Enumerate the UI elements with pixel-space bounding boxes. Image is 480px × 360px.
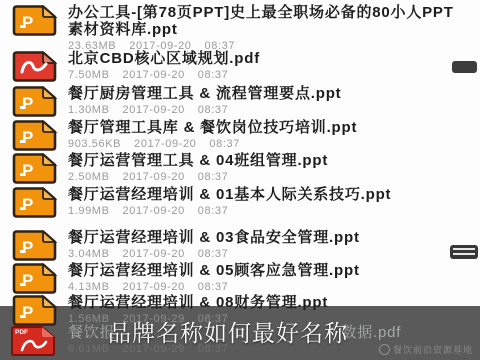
file-date: 2017-09-20 xyxy=(123,104,185,116)
file-size: 4.13MB xyxy=(68,281,110,293)
file-time: 08:37 xyxy=(198,69,229,81)
file-size: 903.56KB xyxy=(68,138,121,150)
file-list-item[interactable]: 北京CBD核心区域规划.pdf 7.50MB2017-09-2008:37 xyxy=(10,50,478,82)
ppt-file-icon: P xyxy=(10,120,58,151)
file-date: 2017-09-20 xyxy=(134,138,196,150)
file-meta: 3.04MB2017-09-2008:37 xyxy=(68,248,360,260)
pdf-file-icon xyxy=(10,51,58,82)
file-date: 2017-09-20 xyxy=(123,281,185,293)
file-date: 2017-09-20 xyxy=(123,248,185,260)
video-frame: P 办公工具-[第78页PPT]史上最全职场必备的80小人PPT素材资料库.pp… xyxy=(0,0,480,360)
file-time: 08:37 xyxy=(209,138,240,150)
file-list: P 办公工具-[第78页PPT]史上最全职场必备的80小人PPT素材资料库.pp… xyxy=(0,0,480,360)
file-size: 3.04MB xyxy=(68,248,110,260)
file-time: 08:37 xyxy=(198,248,229,260)
file-list-item[interactable]: P 餐厅运营管理工具 & 04班组管理.ppt 2.50MB2017-09-20… xyxy=(10,152,478,184)
svg-text:P: P xyxy=(22,13,33,32)
ppt-file-icon: P xyxy=(10,263,58,294)
file-title: 办公工具-[第78页PPT]史上最全职场必备的80小人PPT素材资料库.ppt xyxy=(68,4,468,38)
file-size: 1.30MB xyxy=(68,104,110,116)
file-list-item[interactable]: P 办公工具-[第78页PPT]史上最全职场必备的80小人PPT素材资料库.pp… xyxy=(10,4,478,52)
svg-text:P: P xyxy=(22,161,33,180)
file-time: 08:37 xyxy=(198,205,229,217)
watermark-text: 餐饮前沿资源基地 xyxy=(393,343,473,356)
ppt-file-icon: P xyxy=(10,86,58,117)
file-time: 08:37 xyxy=(198,171,229,183)
svg-text:P: P xyxy=(22,271,33,290)
file-date: 2017-09-20 xyxy=(123,69,185,81)
file-title: 餐厅运营经理培训 & 08财务管理.ppt xyxy=(68,294,328,311)
file-meta: 7.50MB2017-09-2008:37 xyxy=(68,69,260,81)
svg-text:P: P xyxy=(22,195,33,214)
file-title: 餐厅厨房管理工具 & 流程管理要点.ppt xyxy=(68,85,341,102)
svg-text:P: P xyxy=(22,94,33,113)
file-list-item[interactable]: P 餐厅运营经理培训 & 03食品安全管理.ppt 3.04MB2017-09-… xyxy=(10,229,478,261)
menu-lines-icon[interactable] xyxy=(450,245,478,259)
file-list-item[interactable]: P 餐厅管理工具库 & 餐饮岗位技巧培训.ppt 903.56KB2017-09… xyxy=(10,119,478,151)
file-title: 餐厅运营管理工具 & 04班组管理.ppt xyxy=(68,152,328,169)
svg-text:P: P xyxy=(22,128,33,147)
ppt-file-icon: P xyxy=(10,5,58,36)
file-title: 餐厅管理工具库 & 餐饮岗位技巧培训.ppt xyxy=(68,119,357,136)
file-time: 08:37 xyxy=(198,281,229,293)
watermark: 餐饮前沿资源基地 xyxy=(379,343,473,356)
file-meta: 4.13MB2017-09-2008:37 xyxy=(68,281,360,293)
file-list-item[interactable]: P 餐厅运营经理培训 & 01基本人际关系技巧.ppt 1.99MB2017-0… xyxy=(10,186,478,218)
file-meta: 903.56KB2017-09-2008:37 xyxy=(68,138,357,150)
file-date: 2017-09-20 xyxy=(123,171,185,183)
ppt-file-icon: P xyxy=(10,230,58,261)
ppt-file-icon: P xyxy=(10,153,58,184)
file-size: 2.50MB xyxy=(68,171,110,183)
file-meta: 1.30MB2017-09-2008:37 xyxy=(68,104,341,116)
file-size: 7.50MB xyxy=(68,69,110,81)
file-date: 2017-09-20 xyxy=(123,205,185,217)
file-title: 餐厅运营经理培训 & 03食品安全管理.ppt xyxy=(68,229,360,246)
file-title: 北京CBD核心区域规划.pdf xyxy=(68,50,260,67)
ppt-file-icon: P xyxy=(10,187,58,218)
file-title: 餐厅运营经理培训 & 05顾客应急管理.ppt xyxy=(68,262,360,279)
file-list-item[interactable]: P 餐厅厨房管理工具 & 流程管理要点.ppt 1.30MB2017-09-20… xyxy=(10,85,478,117)
file-meta: 1.99MB2017-09-2008:37 xyxy=(68,205,391,217)
scroll-indicator xyxy=(452,61,477,73)
file-time: 08:37 xyxy=(198,104,229,116)
file-title: 餐厅运营经理培训 & 01基本人际关系技巧.ppt xyxy=(68,186,391,203)
file-size: 1.99MB xyxy=(68,205,110,217)
file-list-item[interactable]: P 餐厅运营经理培训 & 05顾客应急管理.ppt 4.13MB2017-09-… xyxy=(10,262,478,294)
file-meta: 2.50MB2017-09-2008:37 xyxy=(68,171,328,183)
svg-text:P: P xyxy=(22,238,33,257)
watermark-logo-icon xyxy=(379,344,390,355)
